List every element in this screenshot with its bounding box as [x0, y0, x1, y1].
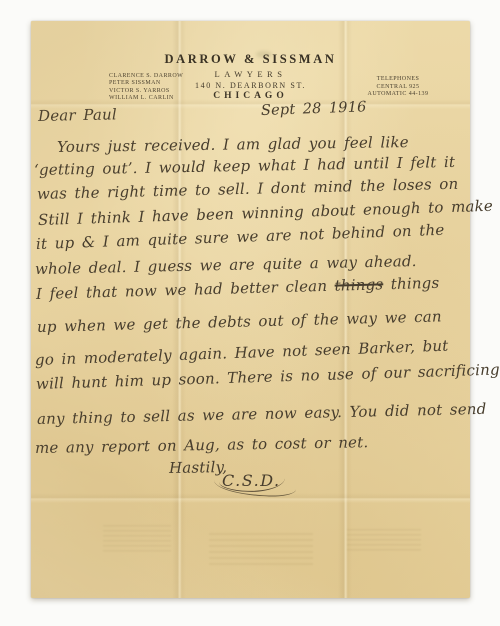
line-text: I feel that now we had better clean	[36, 277, 335, 303]
line-text: things	[383, 274, 440, 294]
letter-date: Sept 28 1916	[261, 99, 367, 119]
partner-name: WILLIAM L. CARLIN	[109, 95, 183, 102]
telephone-line: CENTRAL 925	[339, 84, 457, 92]
bleed-through-mark	[347, 529, 421, 553]
handwritten-line-with-correction: I feel that now we had better clean thin…	[36, 274, 440, 303]
struck-out-word: things	[334, 275, 383, 294]
letterhead-telephones: TELEPHONES CENTRAL 925 AUTOMATIC 44-139	[339, 76, 457, 99]
letter-salutation: Dear Paul	[38, 105, 117, 125]
vertical-fold-crease	[172, 21, 186, 598]
handwritten-line: me any report on Aug, as to cost or net.	[35, 433, 369, 457]
signature-flourish	[214, 478, 297, 498]
bleed-through-mark	[209, 533, 313, 567]
telephones-label: TELEPHONES	[339, 76, 457, 84]
partner-name: PETER SISSMAN	[109, 80, 183, 87]
handwritten-line: ‘getting out’. I would keep what I had u…	[34, 153, 455, 179]
scanned-letter-background: DARROW & SISSMAN LAWYERS 140 N. DEARBORN…	[0, 0, 500, 626]
letterhead-partner-list: CLARENCE S. DARROW PETER SISSMAN VICTOR …	[109, 73, 183, 102]
letterhead-firm-name: DARROW & SISSMAN	[31, 52, 470, 67]
handwritten-line: any thing to sell as we are now easy. Yo…	[37, 400, 487, 428]
handwritten-line: whole deal. I guess we are quite a way a…	[35, 252, 417, 278]
bleed-through-mark	[103, 525, 171, 555]
handwritten-line: up when we get the debts out of the way …	[37, 307, 442, 336]
telephone-line: AUTOMATIC 44-139	[339, 91, 457, 99]
partner-name: CLARENCE S. DARROW	[109, 73, 183, 80]
handwritten-line: Yours just received. I am glad you feel …	[57, 133, 409, 156]
partner-name: VICTOR S. YARROS	[109, 88, 183, 95]
letter-paper: DARROW & SISSMAN LAWYERS 140 N. DEARBORN…	[31, 21, 470, 598]
